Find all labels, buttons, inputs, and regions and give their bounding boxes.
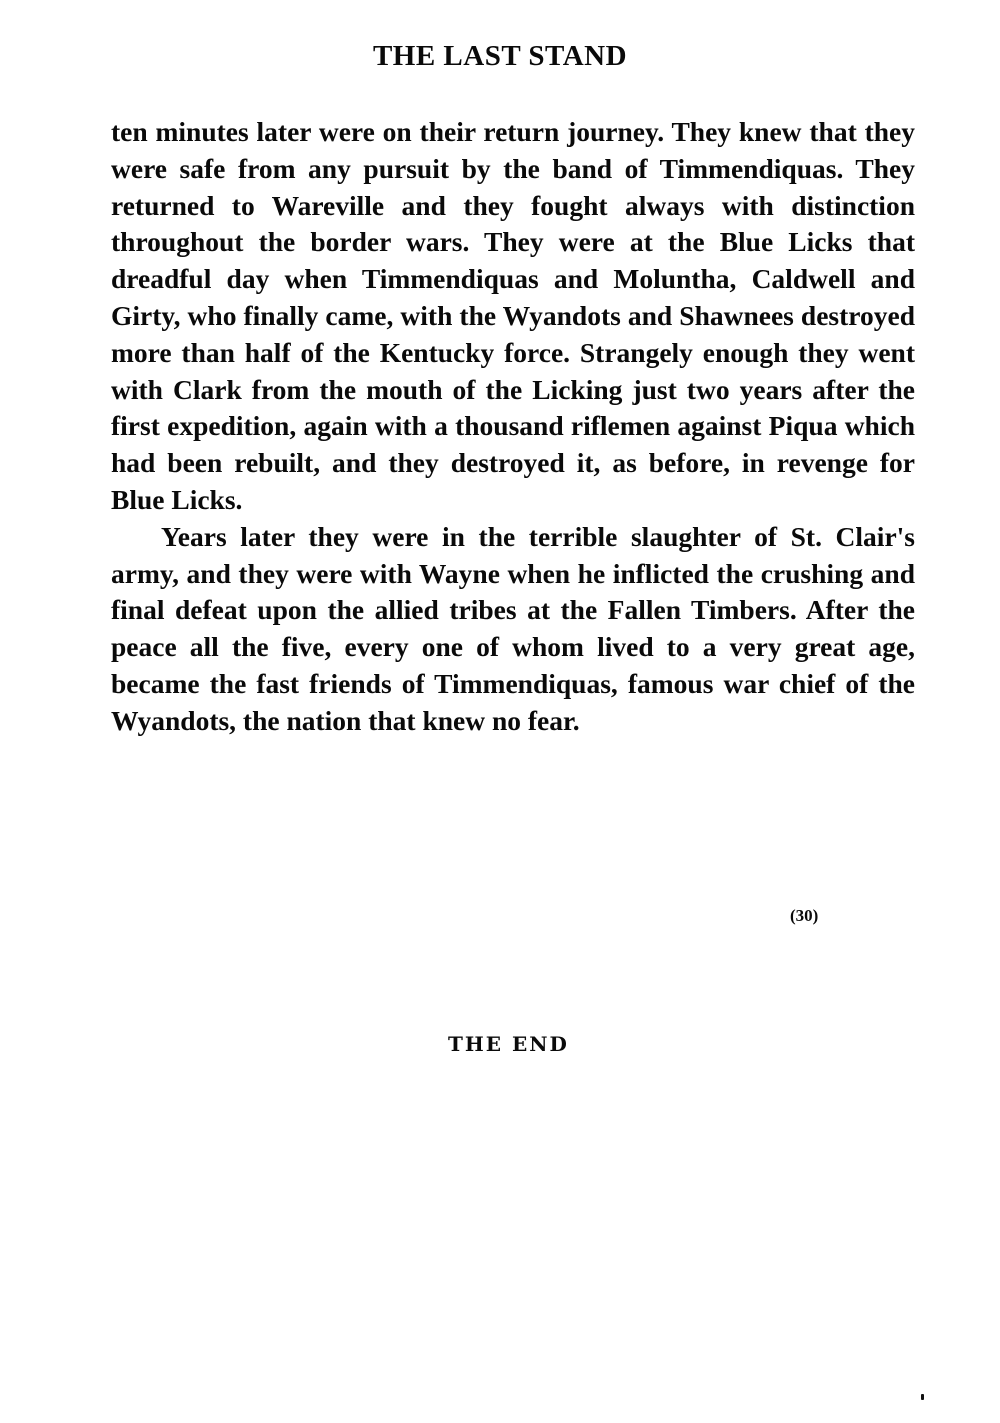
page-number: (30) xyxy=(790,906,818,926)
scan-speck xyxy=(921,1394,924,1400)
paragraph-2: Years later they were in the terrible sl… xyxy=(111,519,915,740)
end-marker: THE END xyxy=(448,1032,569,1056)
running-header: THE LAST STAND xyxy=(0,40,1000,73)
paragraph-1: ten minutes later were on their return j… xyxy=(111,114,915,519)
body-text: ten minutes later were on their return j… xyxy=(111,114,915,740)
